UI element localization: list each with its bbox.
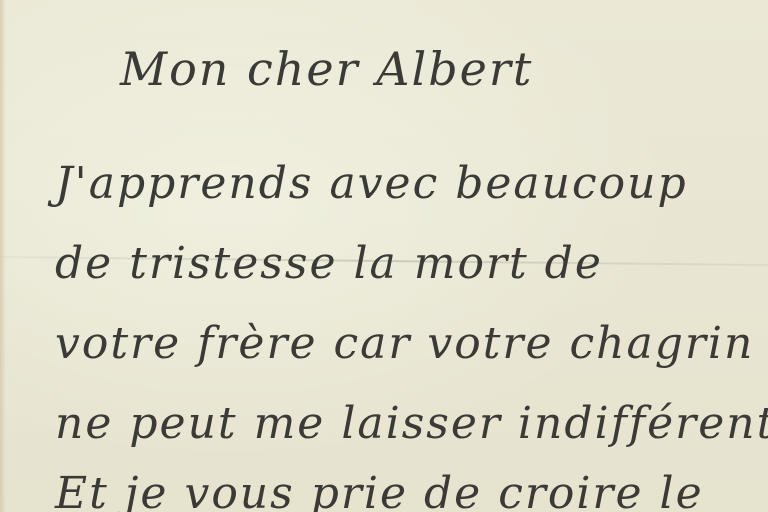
letter-page: Mon cher Albert J'apprends avec beaucoup… — [0, 0, 768, 512]
letter-line: Et je vous prie de croire le — [55, 468, 704, 512]
letter-line: votre frère car votre chagrin — [55, 318, 754, 369]
letter-line: J'apprends avec beaucoup — [55, 158, 688, 209]
letter-line: de tristesse la mort de — [55, 238, 603, 289]
letter-line: ne peut me laisser indifférent. — [55, 398, 768, 449]
salutation: Mon cher Albert — [120, 42, 533, 96]
